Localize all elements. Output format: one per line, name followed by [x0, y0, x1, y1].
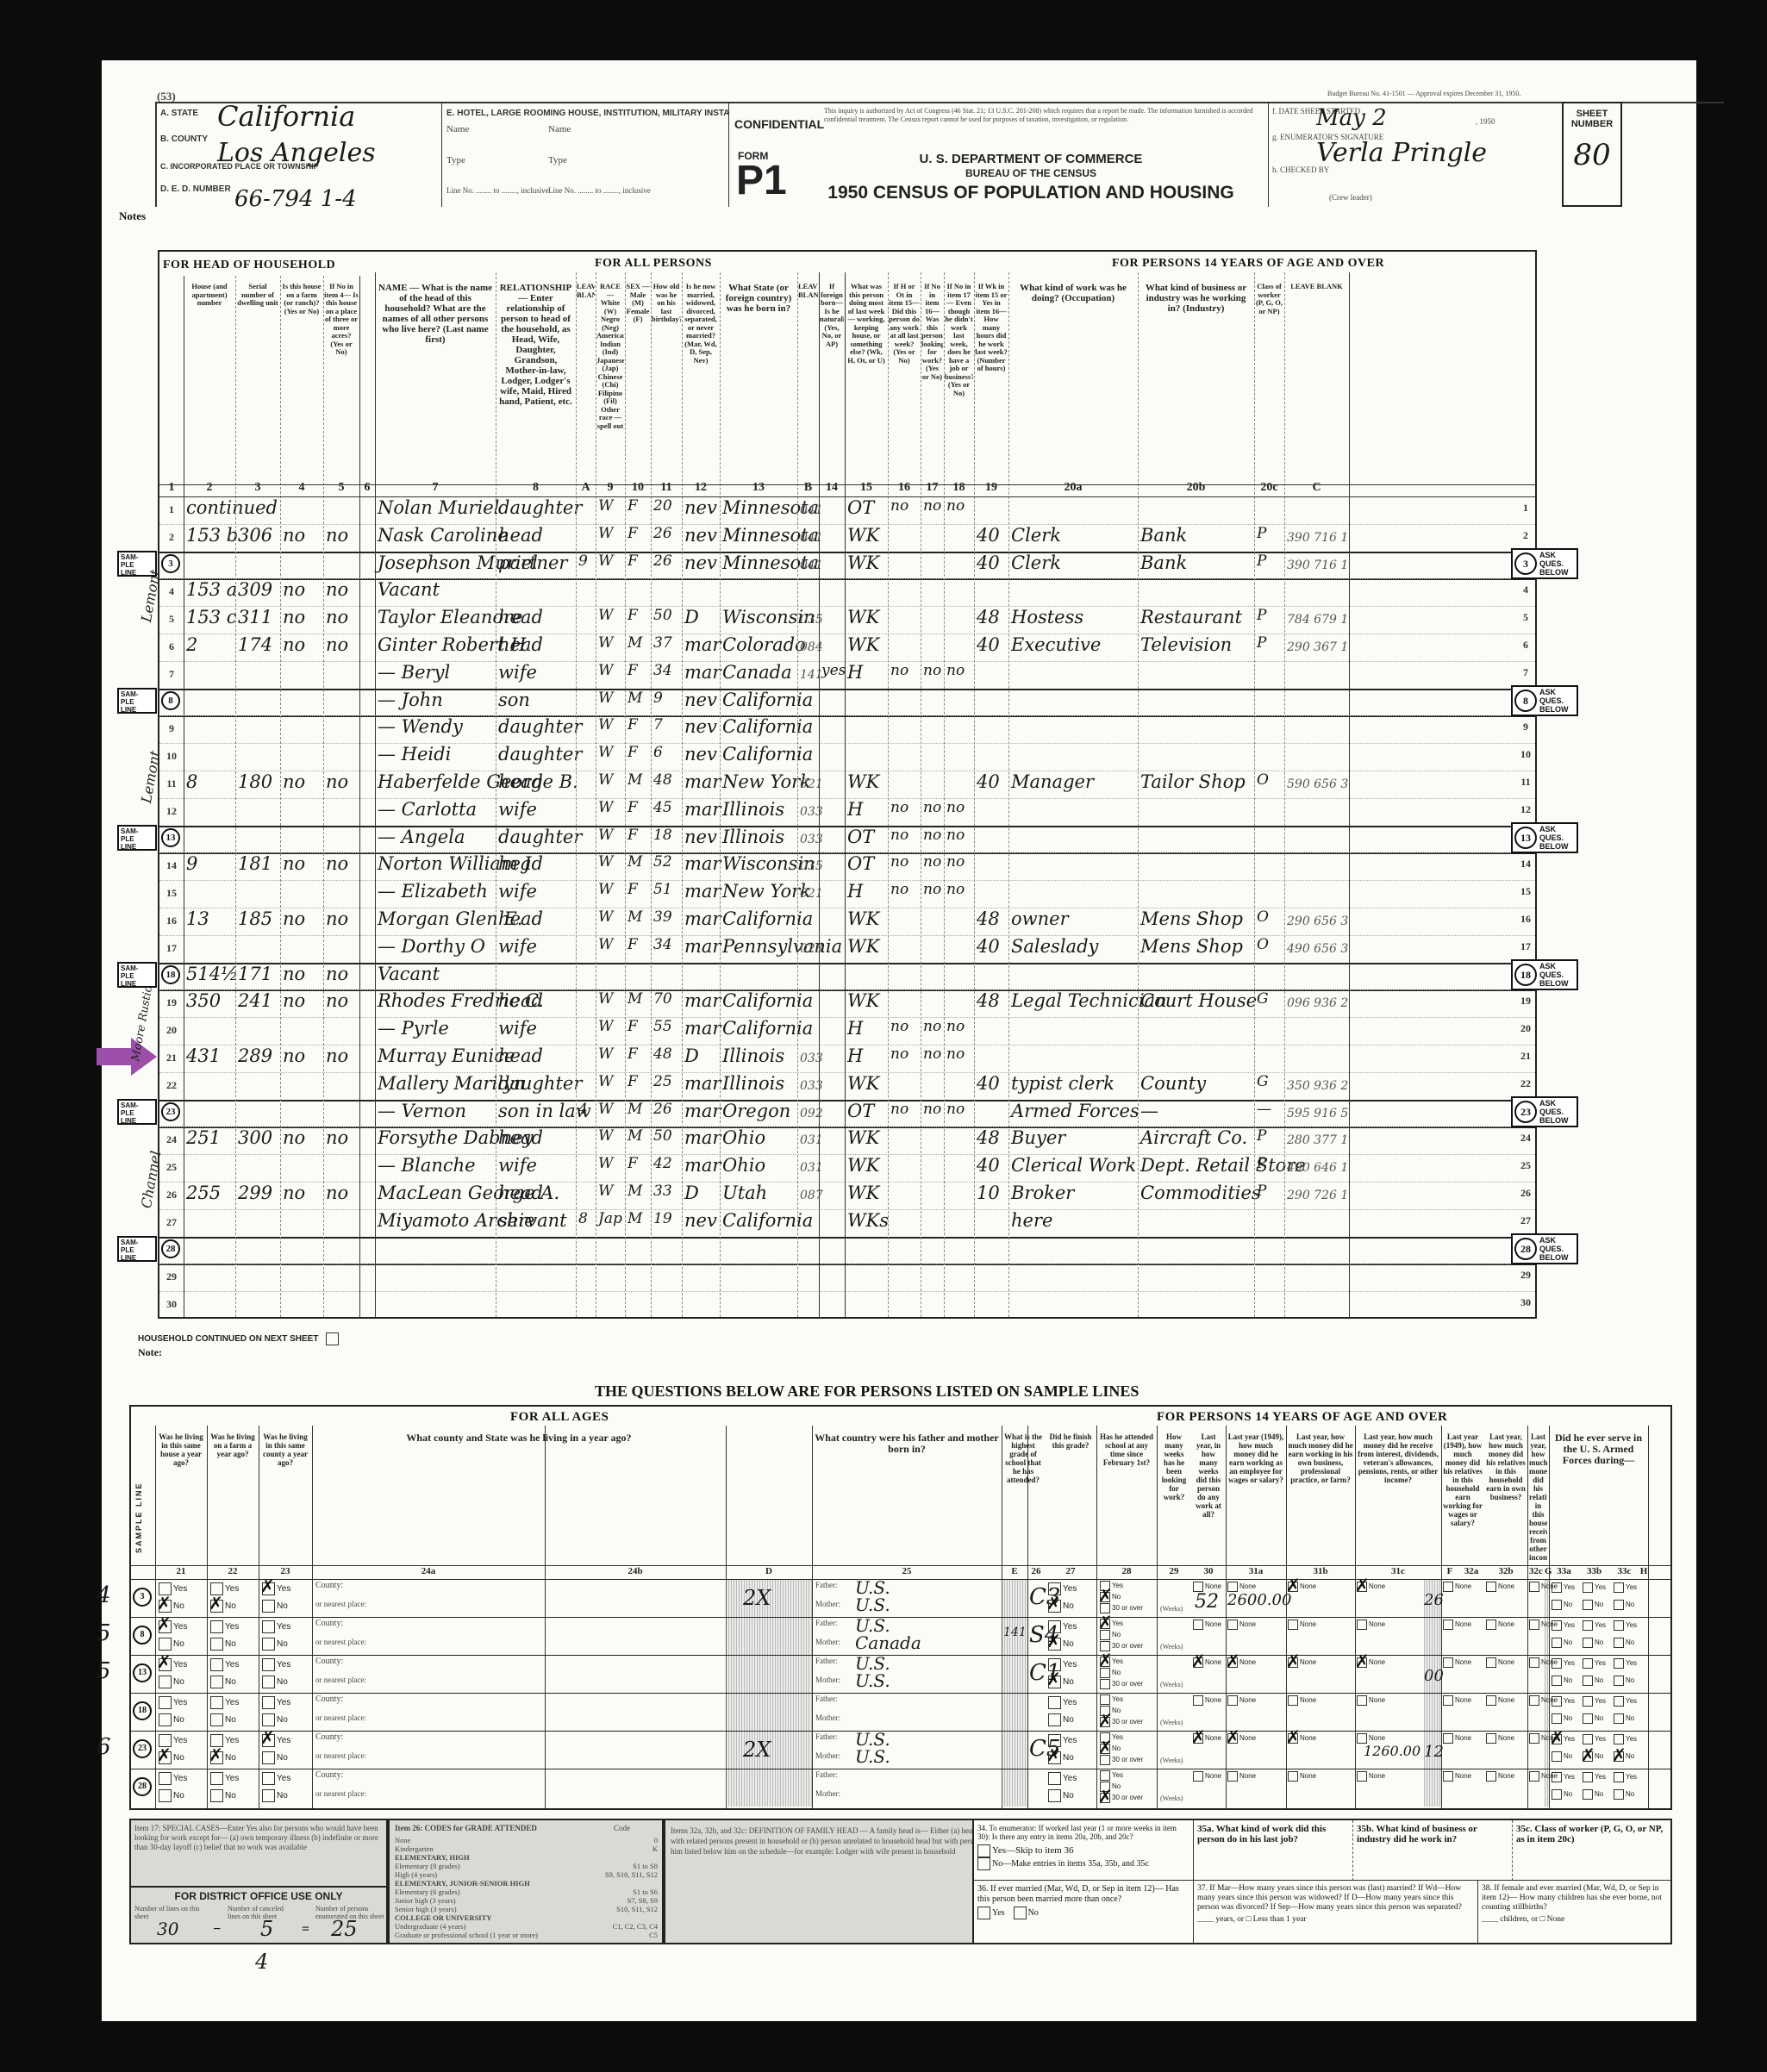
checkbox-finished-yes[interactable]: Yes — [1048, 1696, 1077, 1709]
checkbox-other_service-yes[interactable]: Yes — [1614, 1734, 1637, 1744]
checkbox-c22-no[interactable]: No — [210, 1600, 236, 1613]
checkbox-box[interactable] — [1193, 1733, 1203, 1744]
checkbox-ww1-no[interactable]: No — [1583, 1600, 1603, 1610]
checkbox-attended-no[interactable]: No — [1100, 1744, 1121, 1754]
sample-column-number: 33c — [1609, 1566, 1639, 1576]
checkbox-box[interactable] — [1227, 1657, 1238, 1668]
checkbox-label: Yes — [173, 1698, 187, 1707]
checkbox-box[interactable] — [1529, 1582, 1539, 1592]
checkbox-box[interactable] — [1486, 1733, 1496, 1744]
checkbox-box[interactable] — [1583, 1734, 1593, 1744]
checkbox-box[interactable] — [210, 1696, 223, 1709]
checkbox-finished-no[interactable]: No — [1048, 1676, 1074, 1688]
checkbox-c22-no[interactable]: No — [210, 1751, 236, 1764]
household-continued-checkbox[interactable] — [326, 1332, 339, 1345]
checkbox-none-wages[interactable]: None — [1227, 1620, 1256, 1630]
checkbox-none-r32b[interactable]: None — [1486, 1733, 1514, 1744]
checkbox-box[interactable] — [1193, 1620, 1203, 1630]
supplementary-questions: 34. To enumerator: If worked last year (… — [972, 1819, 1672, 1944]
checkbox-other_service-yes[interactable]: Yes — [1614, 1582, 1637, 1593]
checkbox-none-other_income[interactable]: None — [1357, 1771, 1385, 1782]
checkbox-box[interactable] — [1552, 1600, 1562, 1610]
checkbox-c23-yes[interactable]: Yes — [262, 1734, 290, 1747]
checkbox-finished-no[interactable]: No — [1048, 1789, 1074, 1802]
checkbox-box[interactable] — [1288, 1733, 1298, 1744]
checkbox-ww1-no[interactable]: No — [1583, 1751, 1603, 1762]
checkbox-box[interactable] — [1614, 1620, 1624, 1631]
checkbox-c21-no[interactable]: No — [159, 1676, 184, 1688]
checkbox-box[interactable] — [1100, 1793, 1110, 1803]
checkbox-box[interactable] — [1486, 1771, 1496, 1782]
checkbox-label: Yes — [173, 1622, 187, 1632]
checkbox-box[interactable] — [1552, 1696, 1562, 1707]
checkbox-ww1-no[interactable]: No — [1583, 1789, 1603, 1800]
checkbox-box[interactable] — [1552, 1658, 1562, 1669]
checkbox-box[interactable] — [1529, 1733, 1539, 1744]
cell-industry: Tailor Shop — [1140, 771, 1246, 792]
checkbox-none-own_business[interactable]: None — [1288, 1657, 1316, 1668]
checkbox-box[interactable] — [210, 1638, 223, 1651]
checkbox-box[interactable] — [1100, 1619, 1110, 1629]
checkbox-box[interactable] — [1100, 1744, 1110, 1754]
checkbox-ww1-no[interactable]: No — [1583, 1676, 1603, 1686]
checkbox-box[interactable] — [1100, 1679, 1110, 1689]
table-row: 25— BlanchewifeWF42marOhio031WK40Clerica… — [159, 1154, 1539, 1182]
checkbox-box[interactable] — [1614, 1696, 1624, 1707]
checkbox-box[interactable] — [1552, 1772, 1562, 1782]
checkbox-box[interactable] — [159, 1638, 172, 1651]
checkbox-ww2-yes[interactable]: Yes — [1552, 1582, 1575, 1593]
checkbox-box[interactable] — [1227, 1733, 1238, 1744]
checkbox-c23-no[interactable]: No — [262, 1789, 288, 1802]
checkbox-label: Yes — [225, 1622, 239, 1632]
checkbox-ww1-yes[interactable]: Yes — [1583, 1696, 1606, 1707]
checkbox-c21-yes[interactable]: Yes — [159, 1620, 187, 1633]
checkbox-none-r32b[interactable]: None — [1486, 1771, 1514, 1782]
checkbox-box[interactable] — [1552, 1676, 1562, 1686]
checkbox-attended-no[interactable]: No — [1100, 1630, 1121, 1640]
checkbox-label: Yes — [1063, 1584, 1077, 1594]
checkbox-attended-yes[interactable]: Yes — [1100, 1770, 1123, 1781]
sample-column-number: 33a — [1549, 1566, 1579, 1576]
checkbox-box[interactable] — [262, 1638, 275, 1651]
cell-race: W — [598, 771, 613, 789]
checkbox-box[interactable] — [1100, 1657, 1110, 1667]
checkbox-finished-no[interactable]: No — [1048, 1600, 1074, 1613]
checkbox-ww1-yes[interactable]: Yes — [1583, 1582, 1606, 1593]
checkbox-box[interactable] — [1048, 1751, 1061, 1764]
checkbox-box[interactable] — [1100, 1694, 1110, 1705]
checkbox-box[interactable] — [1100, 1755, 1110, 1765]
checkbox-label: No — [1595, 1638, 1603, 1646]
q34-no-checkbox[interactable] — [977, 1857, 990, 1870]
checkbox-box[interactable] — [1048, 1772, 1061, 1785]
checkbox-box[interactable] — [1288, 1771, 1298, 1782]
checkbox-box[interactable] — [1529, 1620, 1539, 1630]
cell-rel: daughter — [498, 827, 582, 847]
checkbox-box[interactable] — [262, 1658, 275, 1671]
checkbox-box[interactable] — [210, 1772, 223, 1785]
special-cases-text: Item 17: SPECIAL CASES—Enter Yes also fo… — [131, 1820, 386, 1856]
checkbox-ww2-no[interactable]: No — [1552, 1676, 1572, 1686]
checkbox-attended-no[interactable]: No — [1100, 1668, 1121, 1678]
cell-sex: M — [628, 908, 642, 926]
checkbox-c23-no[interactable]: No — [262, 1751, 288, 1764]
checkbox-box[interactable] — [1583, 1638, 1593, 1648]
checkbox-box[interactable] — [262, 1751, 275, 1764]
q36-no-checkbox[interactable] — [1014, 1907, 1027, 1919]
checkbox-box[interactable] — [1552, 1734, 1562, 1744]
checkbox-other_service-yes[interactable]: Yes — [1614, 1772, 1637, 1782]
checkbox-ww1-no[interactable]: No — [1583, 1713, 1603, 1724]
checkbox-box[interactable] — [262, 1696, 275, 1709]
checkbox-box[interactable] — [1486, 1695, 1496, 1706]
checkbox-finished-no[interactable]: No — [1048, 1638, 1074, 1651]
checkbox-other_service-yes[interactable]: Yes — [1614, 1696, 1637, 1707]
checkbox-none-other_income[interactable]: None — [1357, 1582, 1385, 1592]
checkbox-box[interactable] — [1357, 1695, 1367, 1706]
checkbox-label: None — [1455, 1772, 1471, 1780]
checkbox-box[interactable] — [1100, 1770, 1110, 1781]
checkbox-ww1-yes[interactable]: Yes — [1583, 1734, 1606, 1744]
checkbox-box[interactable] — [1552, 1751, 1562, 1762]
checkbox-box[interactable] — [1048, 1789, 1061, 1802]
line-number: 27 — [160, 1216, 183, 1229]
checkbox-c23-yes[interactable]: Yes — [262, 1696, 290, 1709]
checkbox-box[interactable] — [1614, 1658, 1624, 1669]
section-lower-persons-14: FOR PERSONS 14 YEARS OF AGE AND OVER — [1157, 1410, 1447, 1425]
checkbox-box[interactable] — [159, 1751, 172, 1764]
cell-activity: H — [847, 662, 863, 683]
checkbox-box[interactable] — [1443, 1695, 1453, 1706]
checkbox-attended-no[interactable]: No — [1100, 1592, 1121, 1602]
checkbox-other_service-no[interactable]: No — [1614, 1638, 1634, 1648]
checkbox-ww2-yes[interactable]: Yes — [1552, 1734, 1575, 1744]
checkbox-box[interactable] — [1583, 1713, 1593, 1724]
checkbox-ww2-no[interactable]: No — [1552, 1713, 1572, 1724]
checkbox-none-r32a[interactable]: None — [1443, 1695, 1471, 1706]
checkbox-none-r32a[interactable]: None — [1443, 1733, 1471, 1744]
cell-farm: no — [283, 853, 305, 874]
checkbox-box[interactable] — [159, 1696, 172, 1709]
checkbox-ww2-no[interactable]: No — [1552, 1751, 1572, 1762]
checkbox-c21-yes[interactable]: Yes — [159, 1772, 187, 1785]
checkbox-box[interactable] — [210, 1789, 223, 1802]
checkbox-box[interactable] — [1583, 1696, 1593, 1707]
checkbox-attended-yes[interactable]: Yes — [1100, 1694, 1123, 1705]
checkbox-box[interactable] — [1048, 1713, 1061, 1726]
checkbox-none-own_business[interactable]: None — [1288, 1733, 1316, 1744]
checkbox-none-own_business[interactable]: None — [1288, 1771, 1316, 1782]
checkbox-c23-no[interactable]: No — [262, 1638, 288, 1651]
cell-birthplace: California — [722, 990, 813, 1011]
checkbox-c22-no[interactable]: No — [210, 1638, 236, 1651]
checkbox-box[interactable] — [1614, 1676, 1624, 1686]
checkbox-ww2-no[interactable]: No — [1552, 1789, 1572, 1800]
cell-marital: nev — [684, 497, 717, 518]
checkbox-ww2-yes[interactable]: Yes — [1552, 1772, 1575, 1782]
checkbox-none-r32a[interactable]: None — [1443, 1582, 1471, 1592]
checkbox-other_service-no[interactable]: No — [1614, 1676, 1634, 1686]
checkbox-box[interactable] — [1227, 1695, 1238, 1706]
checkbox-none-wages[interactable]: None — [1227, 1657, 1256, 1668]
checkbox-c23-yes[interactable]: Yes — [262, 1582, 290, 1595]
checkbox-box[interactable] — [1288, 1657, 1298, 1668]
checkbox-box[interactable] — [262, 1789, 275, 1802]
checkbox-c22-yes[interactable]: Yes — [210, 1696, 239, 1709]
checkbox-box[interactable] — [1443, 1620, 1453, 1630]
checkbox-c21-no[interactable]: No — [159, 1751, 184, 1764]
checkbox-attended-over30[interactable]: 30 or over — [1100, 1717, 1143, 1727]
checkbox-none-wages[interactable]: None — [1227, 1695, 1256, 1706]
checkbox-ww1-yes[interactable]: Yes — [1583, 1658, 1606, 1669]
cell-birthplace: California — [722, 716, 813, 737]
sample-header-c32c: Last year, how much money did his relati… — [1529, 1432, 1547, 1562]
checkbox-c23-no[interactable]: No — [262, 1713, 288, 1726]
checkbox-box[interactable] — [1193, 1771, 1203, 1782]
checkbox-c22-no[interactable]: No — [210, 1676, 236, 1688]
checkbox-none-weeks[interactable]: None — [1193, 1733, 1221, 1744]
checkbox-box[interactable] — [159, 1620, 172, 1633]
checkbox-none-r32b[interactable]: None — [1486, 1657, 1514, 1668]
checkbox-box[interactable] — [1288, 1695, 1298, 1706]
checkbox-none-other_income[interactable]: None — [1357, 1657, 1385, 1668]
checkbox-box[interactable] — [210, 1658, 223, 1671]
checkbox-box[interactable] — [210, 1600, 223, 1613]
checkbox-box[interactable] — [159, 1713, 172, 1726]
checkbox-box[interactable] — [262, 1772, 275, 1785]
checkbox-other_service-yes[interactable]: Yes — [1614, 1658, 1637, 1669]
checkbox-c23-yes[interactable]: Yes — [262, 1620, 290, 1633]
checkbox-none-own_business[interactable]: None — [1288, 1582, 1316, 1592]
checkbox-c23-no[interactable]: No — [262, 1600, 288, 1613]
table-row: 1continuedNolan MurieldaughterWF20nevMin… — [159, 496, 1539, 524]
checkbox-box[interactable] — [1552, 1582, 1562, 1593]
sample-line-number: 13 — [133, 1663, 152, 1682]
checkbox-box[interactable] — [1048, 1696, 1061, 1709]
checkbox-label: Yes — [1112, 1695, 1123, 1703]
checkbox-box[interactable] — [1614, 1789, 1624, 1800]
checkbox-none-weeks[interactable]: None — [1193, 1657, 1221, 1668]
checkbox-ww2-yes[interactable]: Yes — [1552, 1658, 1575, 1669]
sample-header-c30: Last year, in how many weeks did this pe… — [1193, 1432, 1224, 1562]
checkbox-box[interactable] — [1100, 1592, 1110, 1602]
checkbox-none-r32a[interactable]: None — [1443, 1771, 1471, 1782]
checkbox-box[interactable] — [1443, 1657, 1453, 1668]
cell-age: 26 — [653, 552, 672, 570]
cell-serial: 300 — [238, 1127, 272, 1148]
checkbox-finished-no[interactable]: No — [1048, 1751, 1074, 1764]
checkbox-box[interactable] — [1614, 1751, 1624, 1762]
checkbox-other_service-no[interactable]: No — [1614, 1600, 1634, 1610]
checkbox-none-r32a[interactable]: None — [1443, 1657, 1471, 1668]
checkbox-none-r32b[interactable]: None — [1486, 1582, 1514, 1592]
checkbox-ww1-yes[interactable]: Yes — [1583, 1620, 1606, 1631]
checkbox-c23-no[interactable]: No — [262, 1676, 288, 1688]
checkbox-none-r32b[interactable]: None — [1486, 1695, 1514, 1706]
checkbox-box[interactable] — [210, 1620, 223, 1633]
checkbox-ww2-yes[interactable]: Yes — [1552, 1620, 1575, 1631]
checkbox-finished-no[interactable]: No — [1048, 1713, 1074, 1726]
checkbox-box[interactable] — [1552, 1620, 1562, 1631]
checkbox-c21-no[interactable]: No — [159, 1713, 184, 1726]
cell-occupation: Clerk — [1011, 552, 1061, 573]
checkbox-box[interactable] — [262, 1676, 275, 1688]
checkbox-attended-yes[interactable]: Yes — [1100, 1619, 1123, 1629]
checkbox-c23-yes[interactable]: Yes — [262, 1772, 290, 1785]
checkbox-box[interactable] — [159, 1658, 172, 1671]
checkbox-attended-over30[interactable]: 30 or over — [1100, 1755, 1143, 1765]
checkbox-box[interactable] — [1552, 1789, 1562, 1800]
checkbox-other_service-no[interactable]: No — [1614, 1789, 1634, 1800]
checkbox-box[interactable] — [1583, 1676, 1593, 1686]
cell-activity: WK — [847, 990, 879, 1011]
checkbox-box[interactable] — [1486, 1620, 1496, 1630]
checkbox-box[interactable] — [1357, 1620, 1367, 1630]
checkbox-box[interactable] — [1552, 1713, 1562, 1724]
checkbox-box[interactable] — [1443, 1771, 1453, 1782]
checkbox-box[interactable] — [210, 1751, 223, 1764]
checkbox-c23-yes[interactable]: Yes — [262, 1658, 290, 1671]
checkbox-c21-yes[interactable]: Yes — [159, 1696, 187, 1709]
checkbox-box[interactable] — [1048, 1600, 1061, 1613]
checkbox-c22-no[interactable]: No — [210, 1713, 236, 1726]
checkbox-box[interactable] — [159, 1789, 172, 1802]
checkbox-box[interactable] — [1357, 1657, 1367, 1668]
checkbox-none-other_income[interactable]: None — [1357, 1620, 1385, 1630]
checkbox-box[interactable] — [1100, 1668, 1110, 1678]
checkbox-c22-yes[interactable]: Yes — [210, 1772, 239, 1785]
q36-yes-checkbox[interactable] — [977, 1907, 990, 1919]
checkbox-box[interactable] — [1193, 1695, 1203, 1706]
checkbox-box[interactable] — [1583, 1751, 1593, 1762]
checkbox-c21-no[interactable]: No — [159, 1600, 184, 1613]
checkbox-none-other_income[interactable]: None — [1357, 1695, 1385, 1706]
checkbox-c21-yes[interactable]: Yes — [159, 1658, 187, 1671]
cell-marital: mar — [684, 908, 721, 929]
checkbox-box[interactable] — [1614, 1582, 1624, 1593]
checkbox-attended-over30[interactable]: 30 or over — [1100, 1679, 1143, 1689]
checkbox-other_service-no[interactable]: No — [1614, 1713, 1634, 1724]
column-header-6 — [360, 283, 374, 477]
column-number-19: 19 — [974, 481, 1008, 495]
checkbox-c21-no[interactable]: No — [159, 1789, 184, 1802]
checkbox-box[interactable] — [159, 1676, 172, 1688]
checkbox-none-wages[interactable]: None — [1227, 1733, 1256, 1744]
checkbox-finished-yes[interactable]: Yes — [1048, 1772, 1077, 1785]
checkbox-ww2-no[interactable]: No — [1552, 1600, 1572, 1610]
checkbox-ww1-yes[interactable]: Yes — [1583, 1772, 1606, 1782]
checkbox-none-r32a[interactable]: None — [1443, 1620, 1471, 1630]
checkbox-box[interactable] — [1552, 1638, 1562, 1648]
checkbox-box[interactable] — [1048, 1676, 1061, 1688]
checkbox-box[interactable] — [1614, 1772, 1624, 1782]
checkbox-box[interactable] — [1357, 1582, 1367, 1592]
checkbox-none-wages[interactable]: None — [1227, 1771, 1256, 1782]
checkbox-box[interactable] — [1443, 1582, 1453, 1592]
line-number: 9 — [160, 722, 183, 735]
checkbox-box[interactable] — [1583, 1772, 1593, 1782]
checkbox-box[interactable] — [1614, 1638, 1624, 1648]
checkbox-box[interactable] — [1614, 1713, 1624, 1724]
checkbox-box[interactable] — [159, 1600, 172, 1613]
line-number-right: 27 — [1514, 1214, 1537, 1227]
checkbox-none-weeks[interactable]: None — [1193, 1695, 1221, 1706]
checkbox-ww1-no[interactable]: No — [1583, 1638, 1603, 1648]
checkbox-box[interactable] — [1193, 1657, 1203, 1668]
checkbox-label: None — [1300, 1620, 1316, 1628]
checkbox-box[interactable] — [210, 1676, 223, 1688]
cell-house: 431 — [186, 1045, 221, 1066]
cell-race: W — [598, 497, 613, 515]
checkbox-box[interactable] — [262, 1734, 275, 1747]
checkbox-c22-yes[interactable]: Yes — [210, 1620, 239, 1633]
checkbox-c22-yes[interactable]: Yes — [210, 1658, 239, 1671]
checkbox-box[interactable] — [1288, 1620, 1298, 1630]
checkbox-box[interactable] — [1227, 1620, 1238, 1630]
checkbox-box[interactable] — [262, 1713, 275, 1726]
checkbox-box[interactable] — [1443, 1733, 1453, 1744]
checkbox-label: No — [1595, 1790, 1603, 1798]
checkbox-box[interactable] — [1048, 1638, 1061, 1651]
checkbox-label: No — [1112, 1593, 1121, 1601]
checkbox-box[interactable] — [1357, 1771, 1367, 1782]
checkbox-none-own_business[interactable]: None — [1288, 1620, 1316, 1630]
checkbox-label: No — [1112, 1744, 1121, 1752]
checkbox-box[interactable] — [1583, 1582, 1593, 1593]
checkbox-ww2-yes[interactable]: Yes — [1552, 1696, 1575, 1707]
checkbox-box[interactable] — [262, 1620, 275, 1633]
checkbox-none-weeks[interactable]: None — [1193, 1620, 1221, 1630]
q37-text: 37. If Mar—How many years since this per… — [1197, 1884, 1474, 1913]
sample-row: 28YesNoYesNoYesNoCounty:or nearest place… — [131, 1769, 1670, 1807]
checkbox-box[interactable] — [1614, 1734, 1624, 1744]
cell-q18: no — [946, 827, 965, 844]
checkbox-box[interactable] — [1583, 1658, 1593, 1669]
checkbox-attended-yes[interactable]: Yes — [1100, 1657, 1123, 1667]
county-label: County: — [315, 1657, 343, 1666]
checkbox-ww2-no[interactable]: No — [1552, 1638, 1572, 1648]
checkbox-box[interactable] — [262, 1582, 275, 1595]
checkbox-box[interactable] — [1583, 1620, 1593, 1631]
checkbox-box[interactable] — [1529, 1771, 1539, 1782]
checkbox-other_service-yes[interactable]: Yes — [1614, 1620, 1637, 1631]
q34-yes-checkbox[interactable] — [977, 1844, 990, 1857]
checkbox-other_service-no[interactable]: No — [1614, 1751, 1634, 1762]
cell-farm: no — [283, 1183, 305, 1203]
checkbox-box[interactable] — [159, 1772, 172, 1785]
checkbox-c21-no[interactable]: No — [159, 1638, 184, 1651]
checkbox-box[interactable] — [262, 1600, 275, 1613]
checkbox-box[interactable] — [1583, 1789, 1593, 1800]
checkbox-box[interactable] — [1227, 1771, 1238, 1782]
cell-age: 6 — [653, 744, 663, 761]
checkbox-box[interactable] — [210, 1713, 223, 1726]
checkbox-box[interactable] — [1529, 1695, 1539, 1706]
checkbox-attended-over30[interactable]: 30 or over — [1100, 1793, 1143, 1803]
checkbox-none-weeks[interactable]: None — [1193, 1771, 1221, 1782]
checkbox-box[interactable] — [1486, 1657, 1496, 1668]
checkbox-none-own_business[interactable]: None — [1288, 1695, 1316, 1706]
checkbox-c22-no[interactable]: No — [210, 1789, 236, 1802]
checkbox-none-r32b[interactable]: None — [1486, 1620, 1514, 1630]
checkbox-box[interactable] — [1486, 1582, 1496, 1592]
checkbox-box[interactable] — [1614, 1600, 1624, 1610]
checkbox-box[interactable] — [1100, 1717, 1110, 1727]
checkbox-box[interactable] — [1100, 1630, 1110, 1640]
checkbox-box[interactable] — [1529, 1657, 1539, 1668]
checkbox-box[interactable] — [1583, 1600, 1593, 1610]
